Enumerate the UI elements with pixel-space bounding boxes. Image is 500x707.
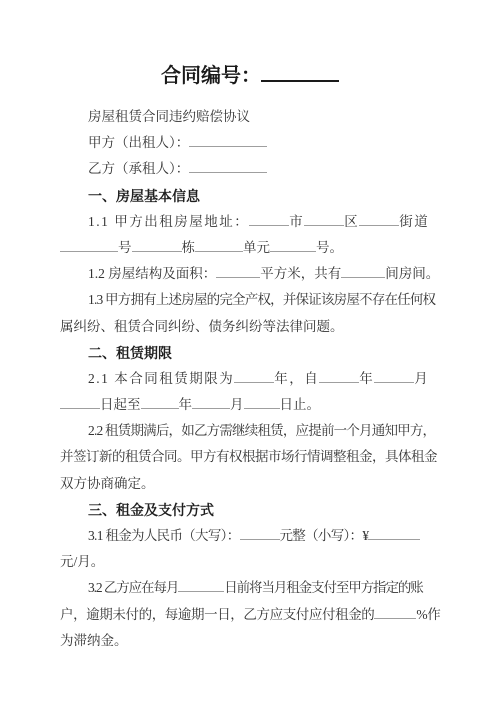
text-run: 月 [230, 397, 244, 412]
text-run: 平方米，共有 [260, 266, 341, 281]
text-run: 年 [359, 371, 374, 386]
blank-underline [189, 159, 267, 173]
text-line: 1.1 甲方出租房屋地址：市区街道 [60, 209, 440, 235]
blank-underline [261, 64, 339, 82]
text-run: 3.1 租金为人民币（大写）： [88, 528, 240, 543]
text-run: 街道 [399, 214, 429, 229]
text-run: 日前将当月租金支付至甲方指定的账 [224, 580, 422, 595]
text-run: 并签订新的租赁合同。甲方有权根据市场行情调整租金，具体租金 [60, 449, 437, 464]
text-run: 元/月。 [60, 554, 104, 569]
text-run: 房屋租赁合同违约赔偿协议 [88, 109, 250, 124]
text-run: 市 [289, 214, 304, 229]
text-run: 甲方（出租人）： [88, 135, 189, 150]
text-run: 日止。 [280, 397, 321, 412]
blank-underline [132, 238, 182, 252]
text-run: 区 [344, 214, 359, 229]
contract-page: 合同编号： 房屋租赁合同违约赔偿协议甲方（出租人）：乙方（承租人）：一、房屋基本… [0, 0, 500, 707]
blank-underline [368, 526, 420, 540]
text-run: 1.2 房屋结构及面积： [88, 266, 216, 281]
text-run: 一、房屋基本信息 [88, 188, 200, 204]
text-run: 栋 [182, 240, 196, 255]
blank-underline [374, 605, 416, 619]
section-heading: 三、租金及支付方式 [60, 497, 440, 523]
text-run: 单元 [243, 240, 270, 255]
text-run: 1.1 甲方出租房屋地址： [88, 214, 249, 229]
text-line: 3.2 乙方应在每月日前将当月租金支付至甲方指定的账 [60, 575, 440, 601]
blank-underline [189, 133, 267, 147]
blank-underline [216, 264, 260, 278]
blank-underline [192, 395, 230, 409]
blank-underline [341, 264, 385, 278]
text-run: 间房间。 [385, 266, 439, 281]
document-body: 房屋租赁合同违约赔偿协议甲方（出租人）：乙方（承租人）：一、房屋基本信息1.1 … [60, 104, 440, 654]
blank-underline [244, 395, 280, 409]
text-run: 年 [179, 397, 193, 412]
text-run: 号。 [316, 240, 343, 255]
text-line: 房屋租赁合同违约赔偿协议 [60, 104, 440, 130]
text-run: 户，逾期未付的，每逾期一日，乙方应支付应付租金的 [60, 607, 374, 622]
text-run: 合同编号： [161, 65, 261, 87]
text-run: 为滞纳金。 [60, 633, 128, 648]
text-run: %作 [416, 607, 440, 622]
text-line: 2.2 租赁期满后，如乙方需继续租赁，应提前一个月通知甲方， [60, 418, 440, 444]
text-run: 号 [118, 240, 132, 255]
text-line: 1.2 房屋结构及面积：平方米，共有间房间。 [60, 261, 440, 287]
blank-underline [195, 238, 243, 252]
section-heading: 一、房屋基本信息 [60, 183, 440, 209]
blank-underline [178, 578, 224, 592]
text-line: 日起至年月日止。 [60, 392, 440, 418]
text-line: 3.1 租金为人民币（大写）：元整（小写）：¥ [60, 523, 440, 549]
text-line: 1.3 甲方拥有上述房屋的完全产权，并保证该房屋不存在任何权 [60, 287, 440, 313]
blank-underline [240, 526, 280, 540]
blank-underline [60, 238, 118, 252]
text-line: 号栋单元号。 [60, 235, 440, 261]
text-line: 乙方（承租人）： [60, 156, 440, 182]
text-line: 甲方（出租人）： [60, 130, 440, 156]
blank-underline [141, 395, 179, 409]
text-line: 双方协商确定。 [60, 471, 440, 497]
text-run: 2.2 租赁期满后，如乙方需继续租赁，应提前一个月通知甲方， [88, 423, 435, 438]
text-run: 月 [414, 371, 429, 386]
blank-underline [234, 369, 274, 383]
text-line: 属纠纷、租赁合同纠纷、债务纠纷等法律问题。 [60, 314, 440, 340]
text-run: 乙方（承租人）： [88, 161, 189, 176]
text-line: 并签订新的租赁合同。甲方有权根据市场行情调整租金，具体租金 [60, 444, 440, 470]
text-run: 日起至 [100, 397, 141, 412]
blank-underline [249, 212, 289, 226]
section-heading: 二、租赁期限 [60, 340, 440, 366]
text-run: 2.1 本合同租赁期限为 [88, 371, 234, 386]
blank-underline [359, 212, 399, 226]
text-run: 3.2 乙方应在每月 [88, 580, 178, 595]
blank-underline [319, 369, 359, 383]
text-run: 1.3 甲方拥有上述房屋的完全产权，并保证该房屋不存在任何权 [88, 292, 435, 307]
text-run: 三、租金及支付方式 [88, 502, 214, 518]
blank-underline [270, 238, 316, 252]
contract-title: 合同编号： [0, 61, 500, 91]
text-run: 二、租赁期限 [88, 345, 172, 361]
text-line: 2.1 本合同租赁期限为年，自年月 [60, 366, 440, 392]
text-line: 元/月。 [60, 549, 440, 575]
blank-underline [304, 212, 344, 226]
blank-underline [60, 395, 100, 409]
text-run: 元整（小写）：¥ [280, 528, 369, 543]
text-line: 为滞纳金。 [60, 628, 440, 654]
blank-underline [374, 369, 414, 383]
text-run: 属纠纷、租赁合同纠纷、债务纠纷等法律问题。 [60, 319, 344, 334]
text-run: 双方协商确定。 [60, 476, 155, 491]
text-run: 年，自 [274, 371, 319, 386]
text-line: 户，逾期未付的，每逾期一日，乙方应支付应付租金的%作 [60, 602, 440, 628]
